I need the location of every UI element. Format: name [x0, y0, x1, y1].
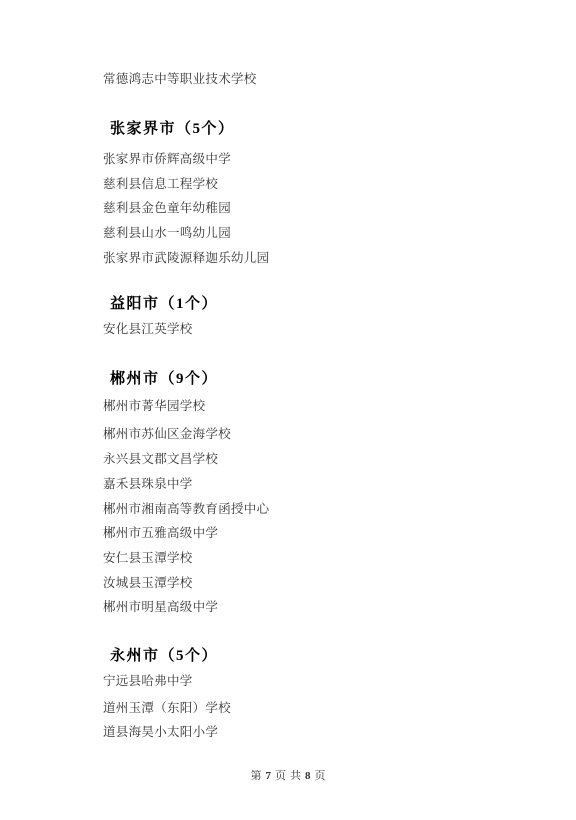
school-list-item: 慈利县信息工程学校 — [103, 177, 218, 191]
school-list-item: 宁远县哈弗中学 — [103, 674, 193, 688]
school-list-item: 嘉禾县珠泉中学 — [103, 477, 193, 491]
footer-label-ye1: 页 — [273, 770, 288, 782]
school-list-item: 郴州市湘南高等教育函授中心 — [103, 502, 269, 516]
school-list-item: 郴州市五雅高级中学 — [103, 526, 218, 540]
school-list-item: 道县海昊小太阳小学 — [103, 725, 218, 739]
school-list-item: 郴州市苏仙区金海学校 — [103, 427, 231, 441]
school-list-item-continuation: 常德鸿志中等职业技术学校 — [103, 72, 257, 86]
footer-label-di: 第 — [249, 770, 264, 782]
section-heading-zhangjiajie: 张家界市（5个） — [110, 121, 235, 138]
footer-label-gong: 共 — [288, 770, 303, 782]
footer-total-pages-number: 8 — [303, 770, 313, 782]
footer-current-page-number: 7 — [264, 770, 274, 782]
school-list-item: 张家界市武陵源释迦乐幼儿园 — [103, 251, 269, 265]
school-list-item: 张家界市侨辉高级中学 — [103, 152, 231, 166]
school-list-item: 慈利县山水一鸣幼儿园 — [103, 226, 231, 240]
school-list-item: 郴州市明星高级中学 — [103, 600, 218, 614]
school-list-item: 安化县江英学校 — [103, 322, 193, 336]
section-heading-yiyang: 益阳市（1个） — [110, 296, 218, 313]
school-list-item: 永兴县文郡文昌学校 — [103, 452, 218, 466]
footer-label-ye2: 页 — [313, 770, 328, 782]
school-list-item: 慈利县金色童年幼稚园 — [103, 201, 231, 215]
section-heading-yongzhou: 永州市（5个） — [110, 648, 218, 665]
document-page: 常德鸿志中等职业技术学校 张家界市（5个） 张家界市侨辉高级中学 慈利县信息工程… — [0, 0, 576, 820]
school-list-item: 郴州市菁华园学校 — [103, 399, 205, 413]
school-list-item: 安仁县玉潭学校 — [103, 551, 193, 565]
page-footer: 第7页共8页 — [0, 770, 576, 783]
school-list-item: 汝城县玉潭学校 — [103, 576, 193, 590]
section-heading-chenzhou: 郴州市（9个） — [110, 371, 218, 388]
school-list-item: 道州玉潭（东阳）学校 — [103, 701, 231, 715]
